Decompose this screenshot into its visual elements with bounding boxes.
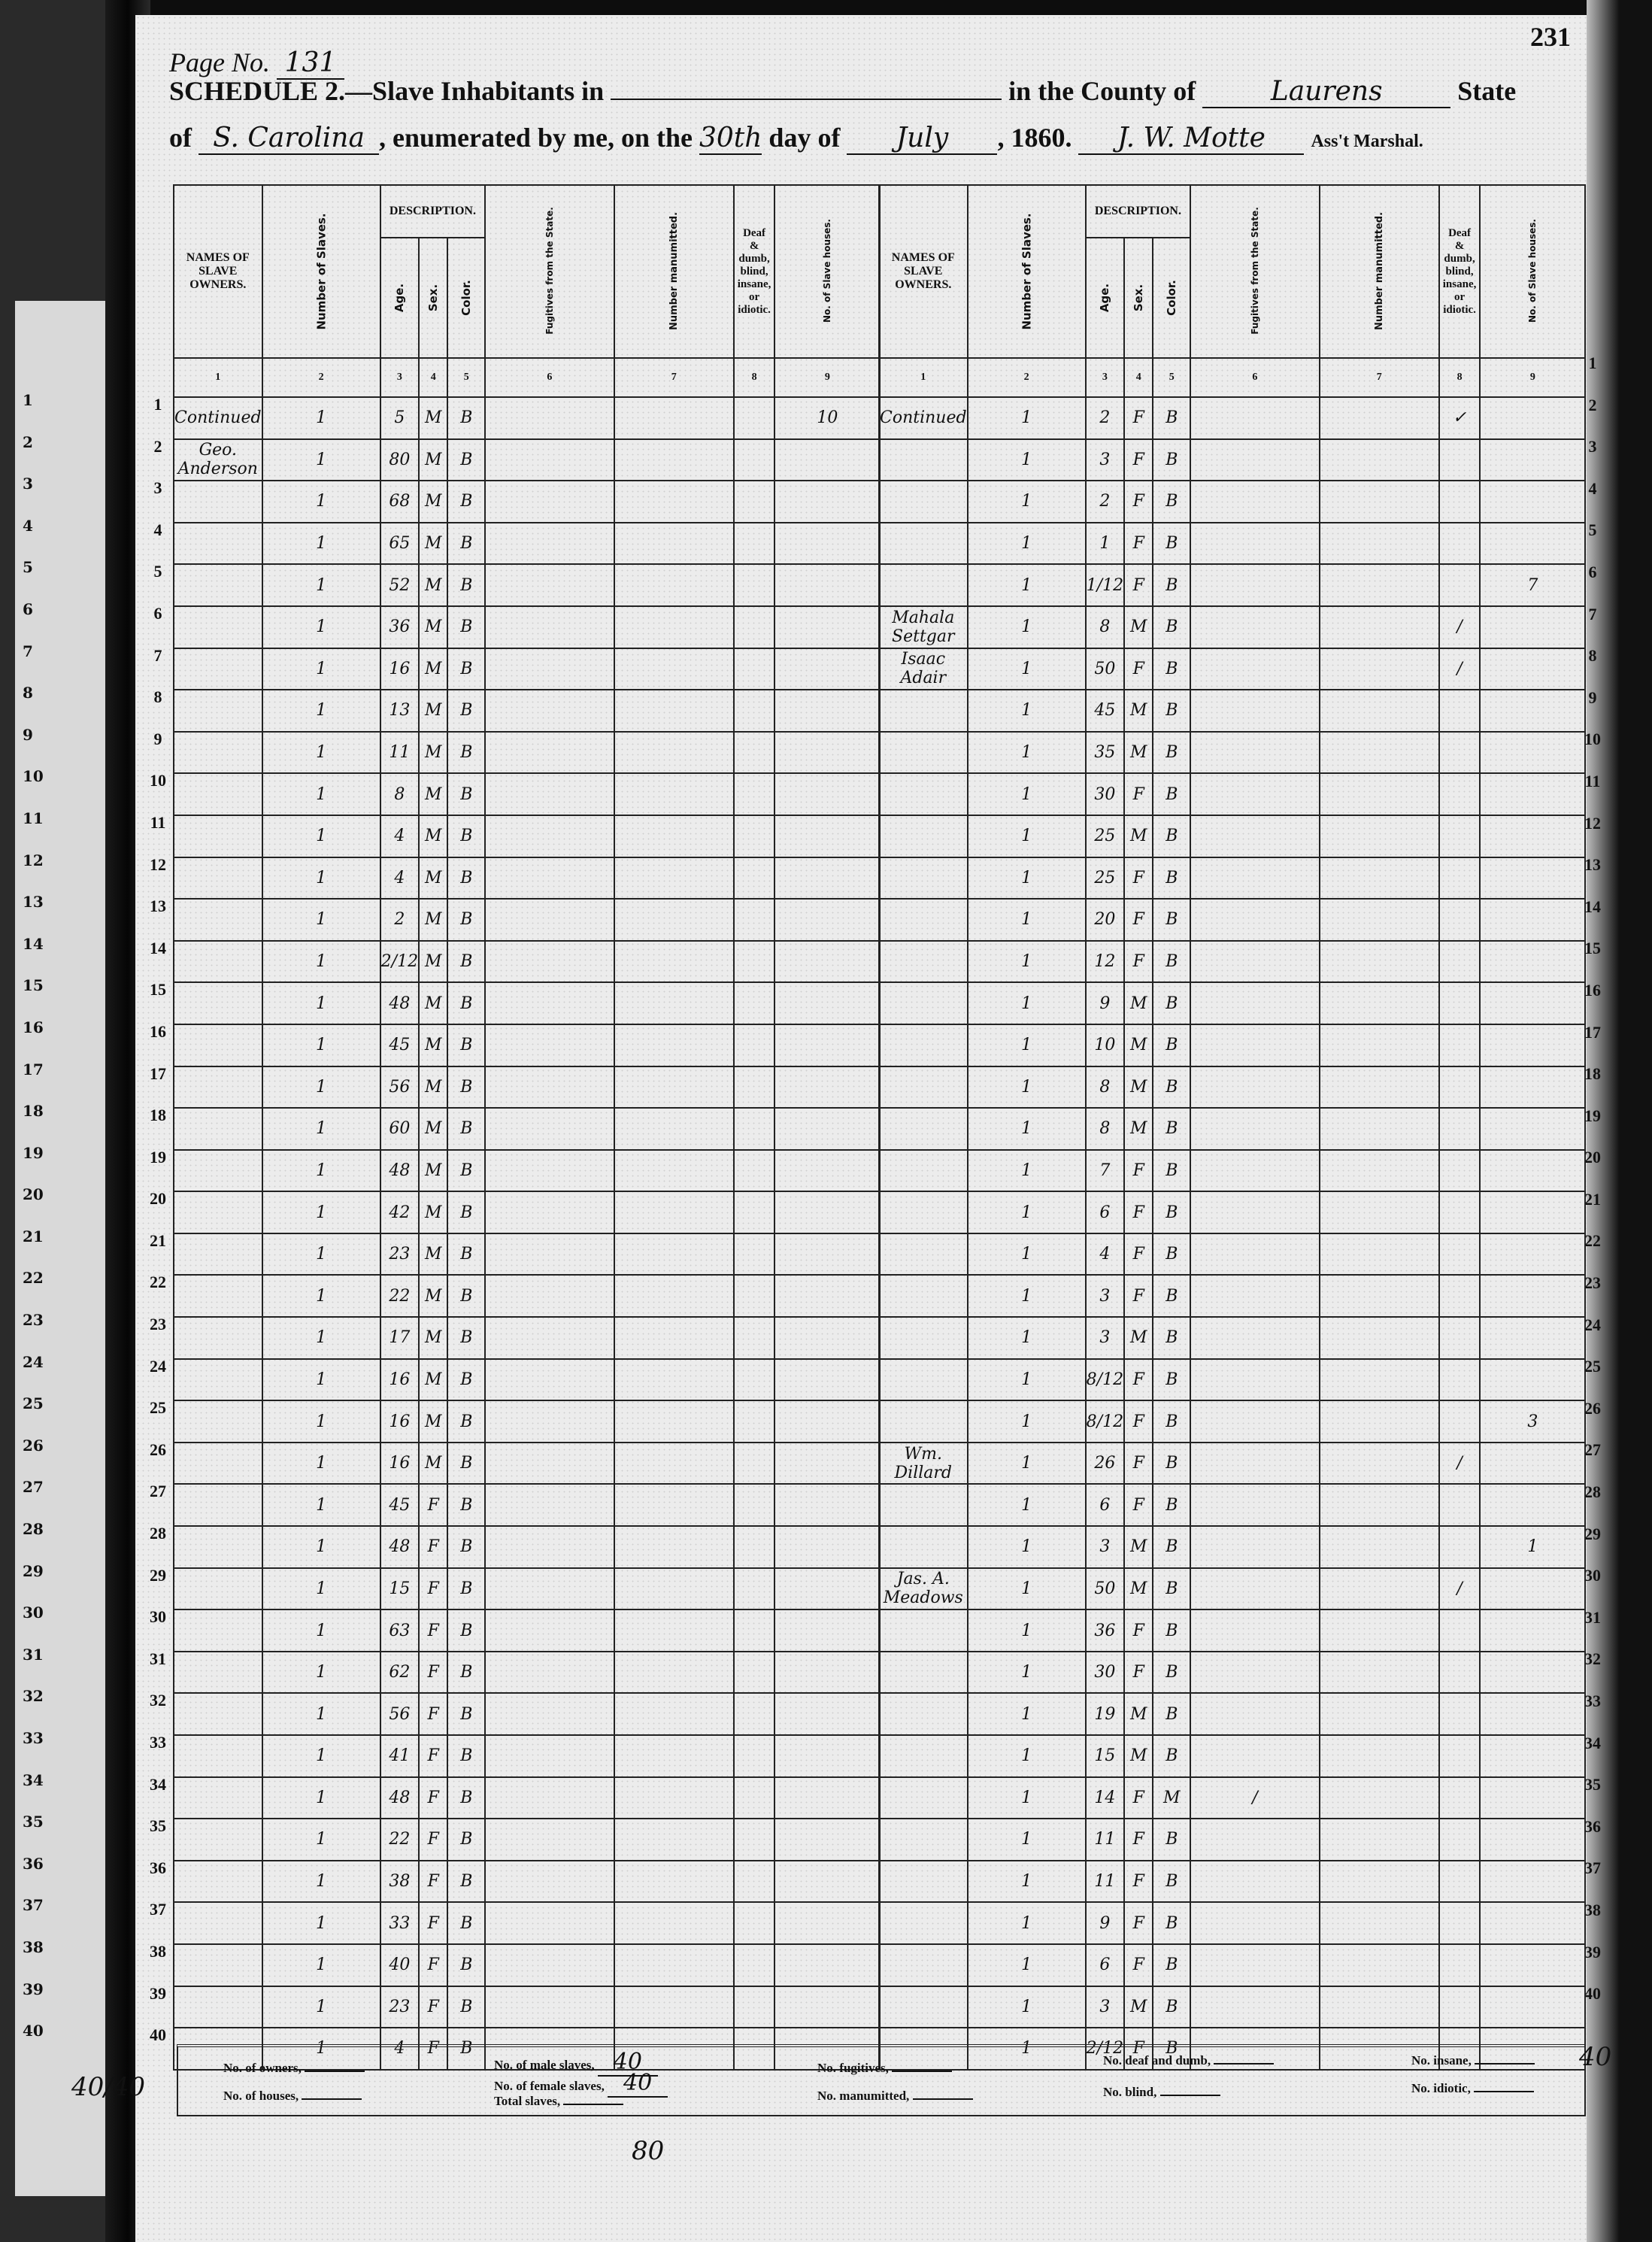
cell-age: 56 bbox=[380, 1693, 419, 1735]
cell-num: 1 bbox=[262, 1317, 380, 1359]
cell-num: 1 bbox=[968, 1150, 1086, 1192]
cell-age: 68 bbox=[380, 481, 419, 523]
cell-num: 1 bbox=[262, 1108, 380, 1150]
cell-fug bbox=[1190, 857, 1320, 900]
cell-color: B bbox=[1153, 481, 1190, 523]
owner-name bbox=[174, 1652, 262, 1694]
cell-color: B bbox=[1153, 1944, 1190, 1986]
cell-age: 6 bbox=[1086, 1944, 1124, 1986]
cell-deaf bbox=[734, 1986, 775, 2028]
row-number: 21 bbox=[147, 1231, 169, 1273]
cell-houses bbox=[774, 606, 880, 648]
row-number: 5 bbox=[23, 558, 68, 600]
cell-deaf bbox=[734, 857, 775, 900]
cell-num: 1 bbox=[262, 1024, 380, 1066]
cell-num: 1 bbox=[968, 857, 1086, 900]
month-value: July bbox=[847, 123, 997, 155]
cell-num: 1 bbox=[262, 1861, 380, 1903]
table-row: 168MB bbox=[174, 481, 880, 523]
cell-houses bbox=[1480, 648, 1585, 690]
cell-man bbox=[614, 1400, 734, 1443]
cell-deaf bbox=[1439, 773, 1481, 815]
cell-color: B bbox=[447, 1400, 485, 1443]
cell-age: 14 bbox=[1086, 1777, 1124, 1819]
cell-num: 1 bbox=[262, 648, 380, 690]
cell-houses bbox=[1480, 773, 1585, 815]
row-number: 30 bbox=[147, 1607, 169, 1649]
cell-num: 1 bbox=[262, 481, 380, 523]
owner-name bbox=[879, 1317, 968, 1359]
cell-color: B bbox=[447, 982, 485, 1024]
row-number: 23 bbox=[147, 1315, 169, 1357]
row-number: 6 bbox=[23, 600, 68, 642]
row-number: 1 bbox=[147, 395, 169, 437]
cell-fug bbox=[1190, 606, 1320, 648]
table-row: 148FB bbox=[174, 1526, 880, 1568]
row-number: 39 bbox=[147, 1984, 169, 2026]
cell-color: B bbox=[447, 857, 485, 900]
cell-houses bbox=[1480, 1568, 1585, 1610]
cell-num: 1 bbox=[262, 1609, 380, 1652]
cell-sex: M bbox=[419, 439, 447, 481]
cell-deaf bbox=[734, 439, 775, 481]
cell-sex: M bbox=[1124, 732, 1153, 774]
cell-color: B bbox=[1153, 648, 1190, 690]
cell-man bbox=[614, 1861, 734, 1903]
row-number: 14 bbox=[147, 939, 169, 981]
cell-sex: M bbox=[419, 690, 447, 732]
owner-name bbox=[174, 1944, 262, 1986]
right-margin-note: 40 bbox=[1579, 2042, 1611, 2072]
row-number: 26 bbox=[23, 1437, 68, 1479]
cell-houses bbox=[1480, 1819, 1585, 1861]
cell-age: 3 bbox=[1086, 1317, 1124, 1359]
cell-sex: F bbox=[419, 1902, 447, 1944]
cell-sex: M bbox=[419, 397, 447, 439]
cell-num: 1 bbox=[262, 1652, 380, 1694]
cell-deaf bbox=[734, 941, 775, 983]
cell-man bbox=[1320, 982, 1439, 1024]
cell-age: 26 bbox=[1086, 1443, 1124, 1485]
cell-sex: F bbox=[1124, 857, 1153, 900]
header-deaf: Deaf & dumb, blind, insane, or idiotic. bbox=[734, 185, 775, 358]
owner-name bbox=[879, 564, 968, 606]
cell-fug bbox=[1190, 1652, 1320, 1694]
colnum: 7 bbox=[1320, 358, 1439, 397]
row-number: 28 bbox=[23, 1520, 68, 1562]
cell-num: 1 bbox=[262, 899, 380, 941]
cell-num: 1 bbox=[262, 439, 380, 481]
cell-fug bbox=[1190, 1024, 1320, 1066]
cell-fug bbox=[485, 1484, 614, 1526]
slave-table-left: NAMES OF SLAVE OWNERS. Number of Slaves.… bbox=[173, 184, 881, 2071]
cell-houses bbox=[774, 1275, 880, 1317]
cell-sex: M bbox=[1124, 1024, 1153, 1066]
cell-sex: F bbox=[419, 1526, 447, 1568]
cell-man bbox=[1320, 1735, 1439, 1777]
header-color: Color. bbox=[447, 238, 485, 358]
cell-color: B bbox=[1153, 1986, 1190, 2028]
table-row: 120FB bbox=[879, 899, 1585, 941]
cell-man bbox=[1320, 1986, 1439, 2028]
cell-deaf bbox=[1439, 1819, 1481, 1861]
cell-color: B bbox=[1153, 1609, 1190, 1652]
cell-man bbox=[614, 648, 734, 690]
cell-age: 45 bbox=[1086, 690, 1124, 732]
cell-man bbox=[1320, 1568, 1439, 1610]
cell-sex: M bbox=[419, 1275, 447, 1317]
cell-color: B bbox=[447, 439, 485, 481]
cell-color: B bbox=[447, 690, 485, 732]
cell-deaf bbox=[734, 815, 775, 857]
owner-name bbox=[879, 1986, 968, 2028]
cell-man bbox=[614, 1233, 734, 1276]
owner-name bbox=[174, 899, 262, 941]
cell-color: B bbox=[1153, 1693, 1190, 1735]
cell-color: B bbox=[1153, 690, 1190, 732]
cell-fug bbox=[485, 1108, 614, 1150]
table-row: 145MB bbox=[174, 1024, 880, 1066]
cell-deaf bbox=[734, 1484, 775, 1526]
cell-deaf bbox=[1439, 1191, 1481, 1233]
table-row: 11FB bbox=[879, 523, 1585, 565]
owner-name: Continued bbox=[174, 397, 262, 439]
cell-man bbox=[614, 1986, 734, 2028]
cell-man bbox=[614, 1777, 734, 1819]
header-fugitives: Fugitives from the State. bbox=[485, 185, 614, 358]
cell-color: B bbox=[447, 606, 485, 648]
cell-num: 1 bbox=[262, 1902, 380, 1944]
owner-name bbox=[174, 982, 262, 1024]
cell-deaf bbox=[734, 1275, 775, 1317]
row-number: 25 bbox=[147, 1398, 169, 1440]
cell-deaf: / bbox=[1439, 606, 1481, 648]
row-number: 12 bbox=[23, 851, 68, 893]
cell-man bbox=[1320, 857, 1439, 900]
owner-name bbox=[174, 1024, 262, 1066]
cell-color: B bbox=[447, 773, 485, 815]
table-row: 122MB bbox=[174, 1275, 880, 1317]
cell-fug bbox=[485, 1066, 614, 1109]
cell-sex: M bbox=[1124, 1693, 1153, 1735]
cell-man bbox=[614, 523, 734, 565]
cell-age: 13 bbox=[380, 690, 419, 732]
cell-fug bbox=[1190, 899, 1320, 941]
table-row: 18/12FB bbox=[879, 1359, 1585, 1401]
cell-age: 20 bbox=[1086, 899, 1124, 941]
houses-count: No. of houses, bbox=[223, 2089, 362, 2104]
cell-sex: F bbox=[419, 1652, 447, 1694]
cell-sex: M bbox=[419, 564, 447, 606]
cell-fug bbox=[1190, 439, 1320, 481]
cell-sex: M bbox=[419, 857, 447, 900]
cell-houses bbox=[774, 1777, 880, 1819]
cell-age: 40 bbox=[380, 1944, 419, 1986]
owner-name bbox=[174, 1233, 262, 1276]
cell-fug bbox=[1190, 1861, 1320, 1903]
cell-man bbox=[614, 690, 734, 732]
cell-color: B bbox=[447, 732, 485, 774]
row-number: 27 bbox=[147, 1482, 169, 1524]
cell-man bbox=[614, 1609, 734, 1652]
cell-fug bbox=[1190, 732, 1320, 774]
table-row: 116MB bbox=[174, 648, 880, 690]
cell-houses bbox=[1480, 1735, 1585, 1777]
table-row: 113MB bbox=[174, 690, 880, 732]
owner-name bbox=[879, 1359, 968, 1401]
cell-deaf bbox=[734, 1443, 775, 1485]
cell-sex: F bbox=[419, 1777, 447, 1819]
cell-color: B bbox=[1153, 1484, 1190, 1526]
cell-color: B bbox=[447, 1652, 485, 1694]
cell-man bbox=[614, 1693, 734, 1735]
cell-fug bbox=[485, 1568, 614, 1610]
cell-color: B bbox=[447, 815, 485, 857]
owner-name bbox=[174, 1986, 262, 2028]
cell-num: 1 bbox=[968, 564, 1086, 606]
table-row: 110MB bbox=[879, 1024, 1585, 1066]
cell-deaf bbox=[734, 1944, 775, 1986]
cell-deaf bbox=[734, 1400, 775, 1443]
cell-color: B bbox=[447, 1944, 485, 1986]
cell-houses bbox=[774, 1693, 880, 1735]
cell-num: 1 bbox=[968, 1693, 1086, 1735]
colnum: 1 bbox=[174, 358, 262, 397]
cell-deaf bbox=[1439, 941, 1481, 983]
cell-age: 8 bbox=[1086, 1108, 1124, 1150]
cell-sex: F bbox=[1124, 1275, 1153, 1317]
row-number: 10 bbox=[23, 767, 68, 809]
row-number: 17 bbox=[147, 1064, 169, 1106]
cell-num: 1 bbox=[262, 1735, 380, 1777]
enumerated-label: , enumerated by me, on the bbox=[379, 123, 693, 153]
cell-houses bbox=[774, 1861, 880, 1903]
cell-man bbox=[614, 1066, 734, 1109]
cell-color: B bbox=[447, 1609, 485, 1652]
cell-fug bbox=[1190, 1986, 1320, 2028]
colnum: 1 bbox=[879, 358, 968, 397]
cell-num: 1 bbox=[968, 1986, 1086, 2028]
cell-sex: F bbox=[1124, 773, 1153, 815]
cell-sex: M bbox=[1124, 1108, 1153, 1150]
cell-age: 23 bbox=[380, 1986, 419, 2028]
cell-sex: M bbox=[419, 1066, 447, 1109]
cell-age: 50 bbox=[1086, 648, 1124, 690]
table-row: 160MB bbox=[174, 1108, 880, 1150]
row-number: 35 bbox=[23, 1813, 68, 1855]
cell-fug bbox=[1190, 1233, 1320, 1276]
cell-num: 1 bbox=[262, 732, 380, 774]
owner-name bbox=[879, 899, 968, 941]
header-sex: Sex. bbox=[1124, 238, 1153, 358]
cell-num: 1 bbox=[262, 1275, 380, 1317]
owner-name bbox=[174, 1317, 262, 1359]
cell-man bbox=[1320, 439, 1439, 481]
table-row: 14FB bbox=[879, 1233, 1585, 1276]
cell-num: 1 bbox=[968, 1526, 1086, 1568]
manumitted-count: No. manumitted, bbox=[817, 2089, 973, 2104]
row-number: 3 bbox=[23, 475, 68, 517]
cell-deaf bbox=[734, 732, 775, 774]
owner-name bbox=[879, 523, 968, 565]
cell-man bbox=[1320, 815, 1439, 857]
row-number: 4 bbox=[23, 517, 68, 559]
cell-sex: M bbox=[1124, 1317, 1153, 1359]
cell-fug bbox=[485, 1652, 614, 1694]
cell-num: 1 bbox=[262, 523, 380, 565]
cell-fug bbox=[485, 1693, 614, 1735]
cell-num: 1 bbox=[968, 1400, 1086, 1443]
cell-age: 65 bbox=[380, 523, 419, 565]
row-number: 36 bbox=[23, 1855, 68, 1897]
cell-deaf bbox=[1439, 1150, 1481, 1192]
cell-houses bbox=[1480, 1233, 1585, 1276]
cell-num: 1 bbox=[968, 1861, 1086, 1903]
cell-man bbox=[614, 1108, 734, 1150]
owners-count: No. of owners, bbox=[223, 2061, 365, 2076]
cell-man bbox=[614, 773, 734, 815]
row-number: 19 bbox=[23, 1144, 68, 1186]
cell-age: 80 bbox=[380, 439, 419, 481]
table-row: 112FB bbox=[879, 941, 1585, 983]
county-value: Laurens bbox=[1202, 76, 1450, 108]
cell-num: 1 bbox=[968, 1652, 1086, 1694]
owner-name bbox=[174, 1275, 262, 1317]
cell-deaf bbox=[734, 1568, 775, 1610]
header-number: Number of Slaves. bbox=[968, 185, 1086, 358]
cell-man bbox=[1320, 1191, 1439, 1233]
cell-num: 1 bbox=[262, 941, 380, 983]
cell-man bbox=[614, 1359, 734, 1401]
cell-sex: M bbox=[1124, 1066, 1153, 1109]
colnum: 8 bbox=[1439, 358, 1481, 397]
cell-num: 1 bbox=[968, 1944, 1086, 1986]
cell-color: B bbox=[1153, 439, 1190, 481]
cell-color: B bbox=[447, 481, 485, 523]
cell-sex: F bbox=[1124, 899, 1153, 941]
cell-houses: 7 bbox=[1480, 564, 1585, 606]
cell-man bbox=[614, 1735, 734, 1777]
owner-name bbox=[174, 1609, 262, 1652]
cell-sex: F bbox=[1124, 1443, 1153, 1485]
cell-deaf bbox=[734, 1652, 775, 1694]
table-row: 13MB bbox=[879, 1986, 1585, 2028]
cell-deaf bbox=[734, 397, 775, 439]
table-row: 13MB1 bbox=[879, 1526, 1585, 1568]
cell-age: 36 bbox=[1086, 1609, 1124, 1652]
cell-color: B bbox=[1153, 523, 1190, 565]
cell-sex: F bbox=[1124, 1944, 1153, 1986]
cell-houses: 1 bbox=[1480, 1526, 1585, 1568]
cell-deaf bbox=[734, 1108, 775, 1150]
previous-page-row-numbers: 1234567891011121314151617181920212223242… bbox=[23, 391, 68, 2064]
cell-sex: F bbox=[419, 1819, 447, 1861]
owner-name bbox=[879, 1609, 968, 1652]
cell-num: 1 bbox=[262, 606, 380, 648]
cell-fug bbox=[1190, 1609, 1320, 1652]
owner-name bbox=[174, 1443, 262, 1485]
row-number: 8 bbox=[23, 684, 68, 726]
cell-num: 1 bbox=[262, 397, 380, 439]
cell-age: 4 bbox=[380, 815, 419, 857]
owner-name bbox=[879, 1735, 968, 1777]
cell-man bbox=[1320, 648, 1439, 690]
cell-man bbox=[1320, 523, 1439, 565]
cell-man bbox=[1320, 1861, 1439, 1903]
header-houses: No. of Slave houses. bbox=[774, 185, 880, 358]
cell-fug bbox=[1190, 1735, 1320, 1777]
cell-houses bbox=[774, 1819, 880, 1861]
cell-num: 1 bbox=[262, 1944, 380, 1986]
cell-color: B bbox=[447, 1108, 485, 1150]
left-row-numbers: 1234567891011121314151617181920212223242… bbox=[147, 395, 169, 2068]
header-description: DESCRIPTION. bbox=[1086, 185, 1190, 238]
table-row: 18MB bbox=[879, 1066, 1585, 1109]
cell-houses bbox=[774, 1443, 880, 1485]
cell-houses bbox=[1480, 397, 1585, 439]
cell-fug bbox=[485, 481, 614, 523]
cell-houses bbox=[774, 1986, 880, 2028]
cell-num: 1 bbox=[968, 773, 1086, 815]
cell-man bbox=[1320, 1484, 1439, 1526]
cell-houses bbox=[774, 899, 880, 941]
row-number: 7 bbox=[147, 646, 169, 688]
cell-houses bbox=[774, 1609, 880, 1652]
cell-num: 1 bbox=[968, 481, 1086, 523]
table-row: 12FB bbox=[879, 481, 1585, 523]
cell-deaf bbox=[734, 1359, 775, 1401]
table-row: 19FB bbox=[879, 1902, 1585, 1944]
cell-deaf bbox=[734, 1693, 775, 1735]
colnum: 9 bbox=[774, 358, 880, 397]
cell-houses bbox=[1480, 606, 1585, 648]
cell-age: 45 bbox=[380, 1484, 419, 1526]
cell-houses bbox=[1480, 899, 1585, 941]
cell-deaf bbox=[734, 564, 775, 606]
cell-age: 2/12 bbox=[380, 941, 419, 983]
cell-man bbox=[1320, 690, 1439, 732]
cell-deaf bbox=[1439, 1986, 1481, 2028]
row-number: 39 bbox=[23, 1980, 68, 2022]
cell-num: 1 bbox=[262, 564, 380, 606]
row-number: 33 bbox=[23, 1729, 68, 1771]
cell-deaf bbox=[734, 1861, 775, 1903]
cell-age: 63 bbox=[380, 1609, 419, 1652]
cell-man bbox=[1320, 1359, 1439, 1401]
header-names: NAMES OF SLAVE OWNERS. bbox=[879, 185, 968, 358]
row-number: 2 bbox=[147, 437, 169, 479]
cell-houses bbox=[1480, 1191, 1585, 1233]
cell-man bbox=[614, 1150, 734, 1192]
table-row: 116MB bbox=[174, 1359, 880, 1401]
cell-age: 3 bbox=[1086, 1275, 1124, 1317]
table-row: 135MB bbox=[879, 732, 1585, 774]
colnum: 5 bbox=[1153, 358, 1190, 397]
row-number: 6 bbox=[147, 604, 169, 646]
owner-name bbox=[174, 773, 262, 815]
owner-name bbox=[174, 1150, 262, 1192]
owner-name bbox=[879, 1484, 968, 1526]
cell-fug bbox=[1190, 648, 1320, 690]
insane-count: No. insane, bbox=[1411, 2053, 1535, 2068]
cell-color: B bbox=[1153, 1066, 1190, 1109]
cell-sex: M bbox=[1124, 982, 1153, 1024]
cell-deaf bbox=[1439, 1275, 1481, 1317]
cell-age: 25 bbox=[1086, 815, 1124, 857]
row-number: 5 bbox=[147, 562, 169, 604]
row-number: 16 bbox=[23, 1018, 68, 1060]
table-row: 142MB bbox=[174, 1191, 880, 1233]
